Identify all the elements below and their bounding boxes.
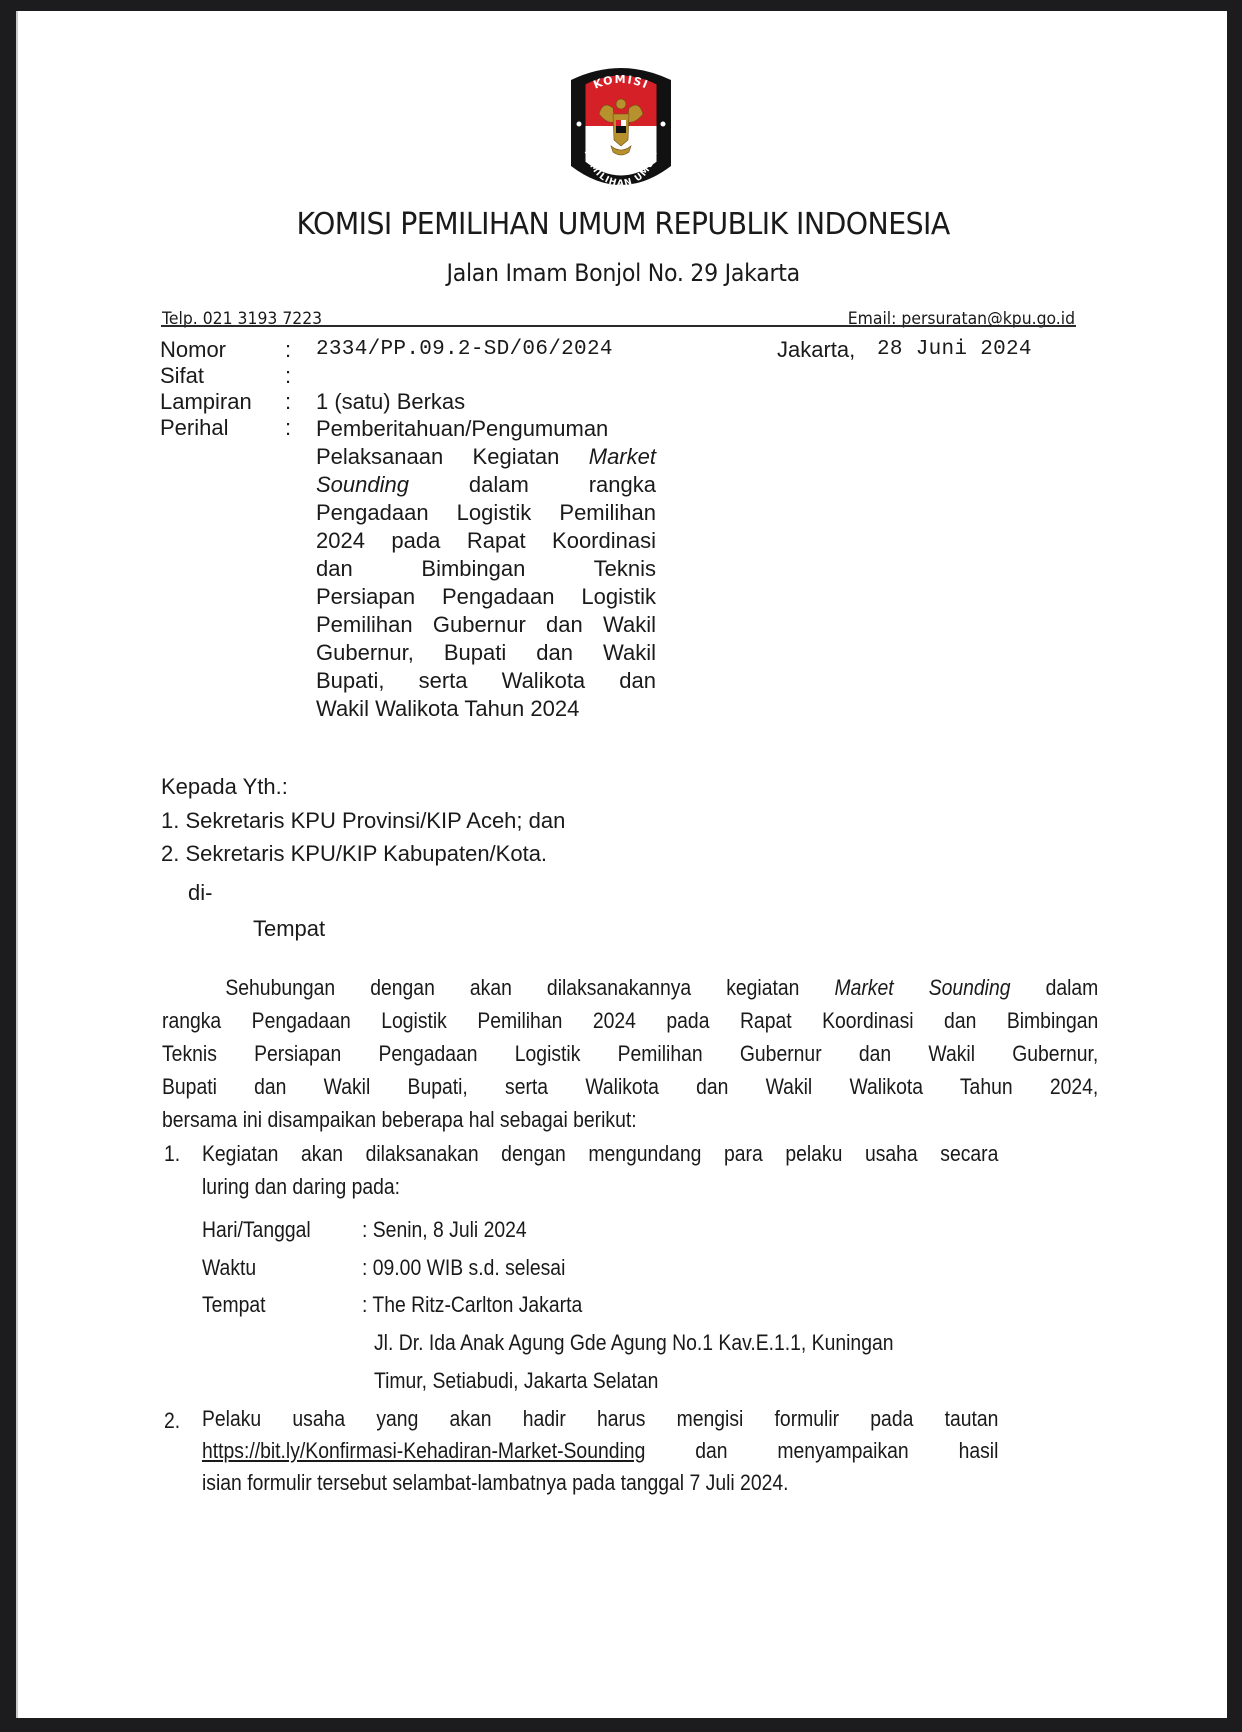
meta-colon: : (285, 337, 291, 363)
letter-subject: Pemberitahuan/PengumumanPelaksanaan Kegi… (316, 415, 656, 723)
text-line: Gubernur, Bupati dan Wakil (316, 639, 656, 667)
meta-colon: : (285, 389, 291, 415)
point-1-text: Kegiatan akan dilaksanakan dengan mengun… (202, 1137, 998, 1203)
recipient-item: 1. Sekretaris KPU Provinsi/KIP Aceh; dan (161, 808, 565, 834)
text-line: Bupati dan Wakil Bupati, serta Walikota … (162, 1070, 1098, 1103)
detail-label-date: Hari/Tanggal (202, 1217, 311, 1243)
venue-address-line: Jl. Dr. Ida Anak Agung Gde Agung No.1 Ka… (374, 1330, 894, 1356)
text-line: Wakil Walikota Tahun 2024 (316, 695, 656, 723)
letter-number: 2334/PP.09.2-SD/06/2024 (316, 338, 613, 361)
text-line: Teknis Persiapan Pengadaan Logistik Pemi… (162, 1037, 1098, 1070)
recipient-item: 2. Sekretaris KPU/KIP Kabupaten/Kota. (161, 841, 547, 867)
meta-colon: : (285, 415, 291, 441)
detail-label-time: Waktu (202, 1255, 256, 1281)
text-line: Persiapan Pengadaan Logistik (316, 583, 656, 611)
point-line: Kegiatan akan dilaksanakan dengan mengun… (202, 1137, 998, 1170)
detail-value-time: : 09.00 WIB s.d. selesai (362, 1255, 565, 1281)
meta-colon: : (285, 363, 291, 389)
recipient-di: di- (188, 880, 212, 906)
organization-address: Jalan Imam Bonjol No. 29 Jakarta (67, 259, 1179, 287)
detail-value-date: : Senin, 8 Juli 2024 (362, 1217, 527, 1243)
text-line: bersama ini disampaikan beberapa hal seb… (162, 1103, 1098, 1136)
meta-label-sifat: Sifat (160, 363, 204, 389)
salutation: Kepada Yth.: (161, 774, 288, 800)
recipient-place: Tempat (253, 916, 325, 942)
venue-address-line: Timur, Setiabudi, Jakarta Selatan (374, 1368, 658, 1394)
text-line: Pelaksanaan Kegiatan Market (316, 443, 656, 471)
point-2-text: Pelaku usaha yang akan hadir harus mengi… (202, 1403, 998, 1499)
text-line: Pengadaan Logistik Pemilihan (316, 499, 656, 527)
attachment-count: 1 (satu) Berkas (316, 389, 465, 415)
text-line: Bupati, serta Walikota dan (316, 667, 656, 695)
text-line: Sehubungan dengan akan dilaksanakannya k… (162, 971, 1098, 1004)
organization-title: KOMISI PEMILIHAN UMUM REPUBLIK INDONESIA (61, 207, 1185, 242)
point-line: luring dan daring pada: (202, 1170, 998, 1203)
kpu-logo-icon: KOMISI PEMILIHAN UMUM (565, 62, 677, 196)
letter-page: KOMISI PEMILIHAN UMUM KOMISI PEMILIHAN U… (16, 11, 1227, 1718)
text-line: dan Bimbingan Teknis (316, 555, 656, 583)
intro-paragraph: Sehubungan dengan akan dilaksanakannya k… (162, 971, 1098, 1136)
meta-label-lampiran: Lampiran (160, 389, 252, 415)
text-line: Pemilihan Gubernur dan Wakil (316, 611, 656, 639)
letterhead-divider (161, 325, 1076, 327)
text-line: Pemberitahuan/Pengumuman (316, 415, 656, 443)
detail-label-venue: Tempat (202, 1292, 265, 1318)
confirmation-form-link[interactable]: https://bit.ly/Konfirmasi-Kehadiran-Mark… (202, 1438, 645, 1463)
point-line: isian formulir tersebut selambat-lambatn… (202, 1467, 998, 1499)
letter-place: Jakarta, (777, 337, 855, 363)
detail-value-venue: : The Ritz-Carlton Jakarta (362, 1292, 582, 1318)
meta-label-nomor: Nomor (160, 337, 226, 363)
text-line: 2024 pada Rapat Koordinasi (316, 527, 656, 555)
point-line: Pelaku usaha yang akan hadir harus mengi… (202, 1403, 998, 1435)
text-line: Sounding dalam rangka (316, 471, 656, 499)
letter-date: 28 Juni 2024 (877, 338, 1032, 361)
meta-label-perihal: Perihal (160, 415, 228, 441)
point-line-tail: dan menyampaikan hasil (645, 1438, 998, 1463)
point-number: 1. (164, 1141, 180, 1167)
text-line: rangka Pengadaan Logistik Pemilihan 2024… (162, 1004, 1098, 1037)
point-number: 2. (164, 1408, 180, 1434)
